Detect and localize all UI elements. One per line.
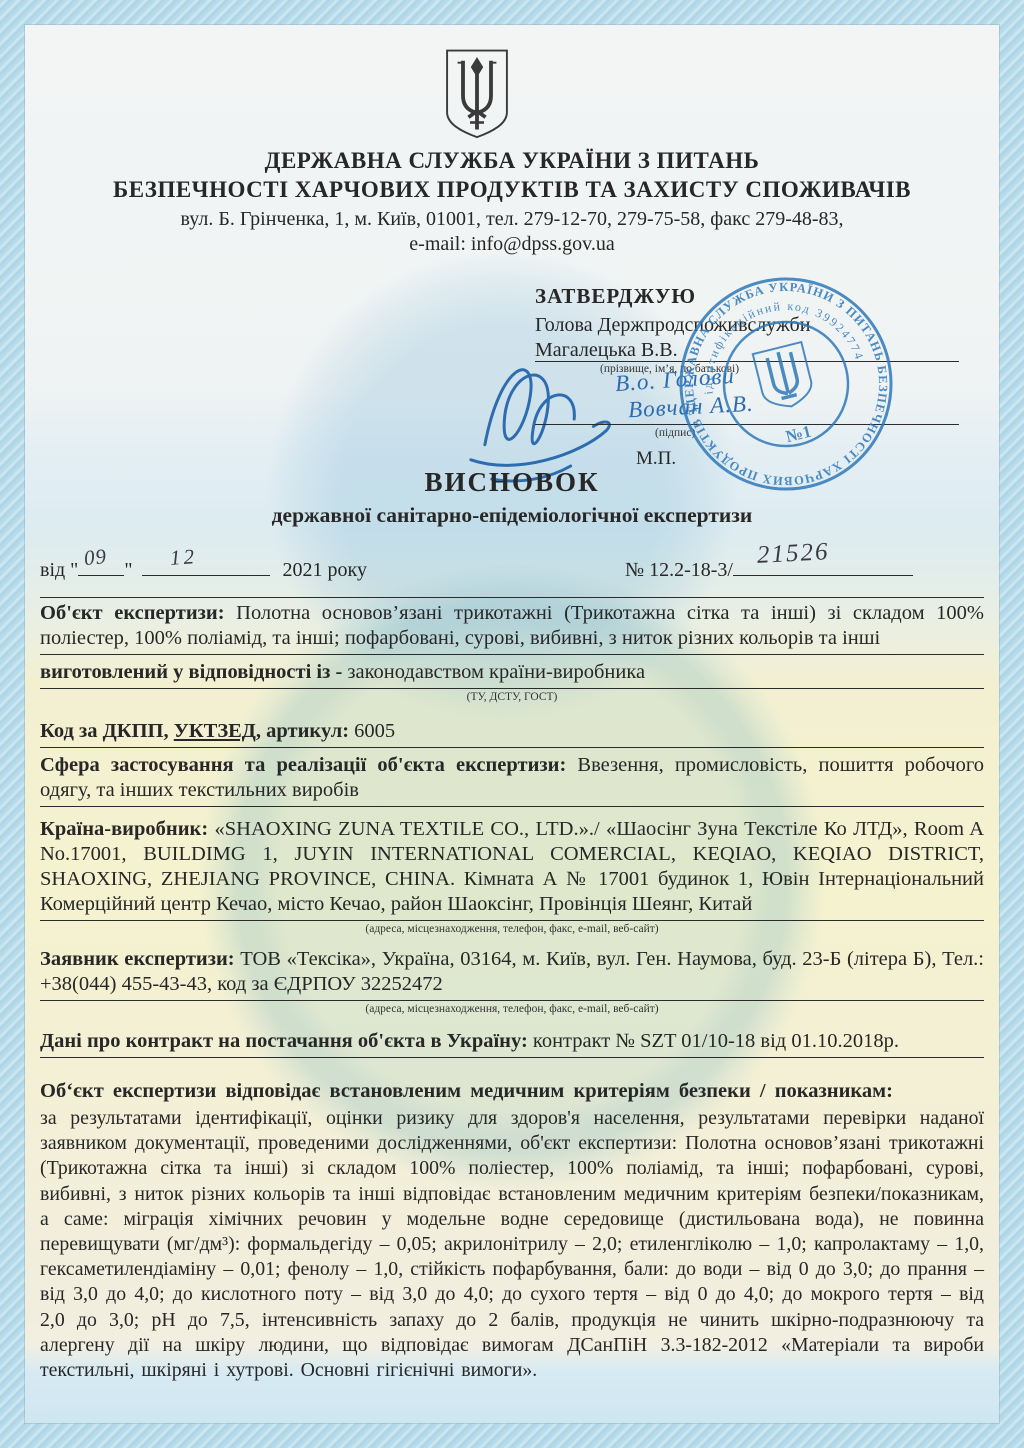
document-body: Об'єкт експертизи: Полотна основов’язані… bbox=[40, 601, 984, 1383]
made-according-caption: (ТУ, ДСТУ, ГОСТ) bbox=[40, 690, 984, 705]
conclusion-heading: Об‘єкт експертизи відповідає встановлени… bbox=[40, 1078, 984, 1104]
object-section: Об'єкт експертизи: Полотна основов’язані… bbox=[40, 601, 984, 655]
date-prefix: від " bbox=[40, 559, 78, 581]
document-subtitle: державної санітарно-епідеміологічної екс… bbox=[0, 503, 1024, 528]
made-according-text: законодавством країни-виробника bbox=[347, 661, 645, 683]
day-value: 09 bbox=[83, 544, 108, 571]
contract-section: Дані про контракт на постачання об'єкта … bbox=[40, 1029, 984, 1058]
day-underline: 09 bbox=[78, 553, 124, 576]
number-underline: 21526 bbox=[733, 553, 913, 576]
contract-label: Дані про контракт на постачання об'єкта … bbox=[40, 1030, 528, 1052]
code-label-post: , артикул: bbox=[256, 720, 349, 742]
scope-label: Сфера застосування та реалізації об'єкта… bbox=[40, 754, 566, 776]
manufacturer-label: Країна-виробник: bbox=[40, 818, 208, 840]
number-label: № 12.2-18-3/ bbox=[625, 559, 733, 581]
month-underline: 12 bbox=[142, 553, 270, 576]
code-section: Код за ДКПП, УКТЗЕД, артикул: 6005 bbox=[40, 719, 984, 748]
close-quote: " bbox=[124, 559, 132, 581]
scope-section: Сфера застосування та реалізації об'єкта… bbox=[40, 753, 984, 807]
made-according-label: виготовлений у відповідності із - bbox=[40, 661, 342, 683]
made-according-section: виготовлений у відповідності із - законо… bbox=[40, 660, 984, 705]
applicant-section: Заявник експертизи: ТОВ «Тексіка», Украї… bbox=[40, 947, 984, 1017]
divider-top bbox=[40, 597, 984, 598]
number-value: 21526 bbox=[756, 538, 830, 570]
code-label-uktzed: УКТЗЕД bbox=[174, 720, 256, 742]
conclusion-body: за результатами ідентифікації, оцінки ри… bbox=[40, 1106, 984, 1383]
applicant-label: Заявник експертизи: bbox=[40, 948, 235, 970]
contract-text: контракт № SZT 01/10-18 від 01.10.2018р. bbox=[533, 1030, 899, 1052]
agency-name-line1: ДЕРЖАВНА СЛУЖБА УКРАЇНИ З ПИТАНЬ bbox=[0, 148, 1024, 174]
code-label-pre: Код за ДКПП, bbox=[40, 720, 174, 742]
stamp-trident-icon bbox=[753, 342, 816, 412]
date-line: від "09" 12 2021 року bbox=[40, 553, 367, 582]
agency-name-line2: БЕЗПЕЧНОСТІ ХАРЧОВИХ ПРОДУКТІВ ТА ЗАХИСТ… bbox=[0, 177, 1024, 203]
month-value: 12 bbox=[169, 544, 198, 571]
code-value: 6005 bbox=[354, 720, 395, 742]
manufacturer-caption: (адреса, місцезнаходження, телефон, факс… bbox=[40, 922, 984, 937]
manufacturer-section: Країна-виробник: «SHAOXING ZUNA TEXTILE … bbox=[40, 817, 984, 937]
applicant-caption: (адреса, місцезнаходження, телефон, факс… bbox=[40, 1002, 984, 1017]
trident-emblem-icon bbox=[442, 47, 512, 142]
document-title: ВИСНОВОК bbox=[0, 467, 1024, 498]
number-line: № 12.2-18-3/21526 bbox=[625, 553, 913, 582]
year-suffix: 2021 року bbox=[283, 559, 367, 581]
agency-address: вул. Б. Грінченка, 1, м. Київ, 01001, те… bbox=[0, 208, 1024, 231]
document-page: ДЕРЖАВНА СЛУЖБА УКРАЇНИ З ПИТАНЬ БЕЗПЕЧН… bbox=[0, 0, 1024, 1448]
object-label: Об'єкт експертизи: bbox=[40, 602, 225, 624]
